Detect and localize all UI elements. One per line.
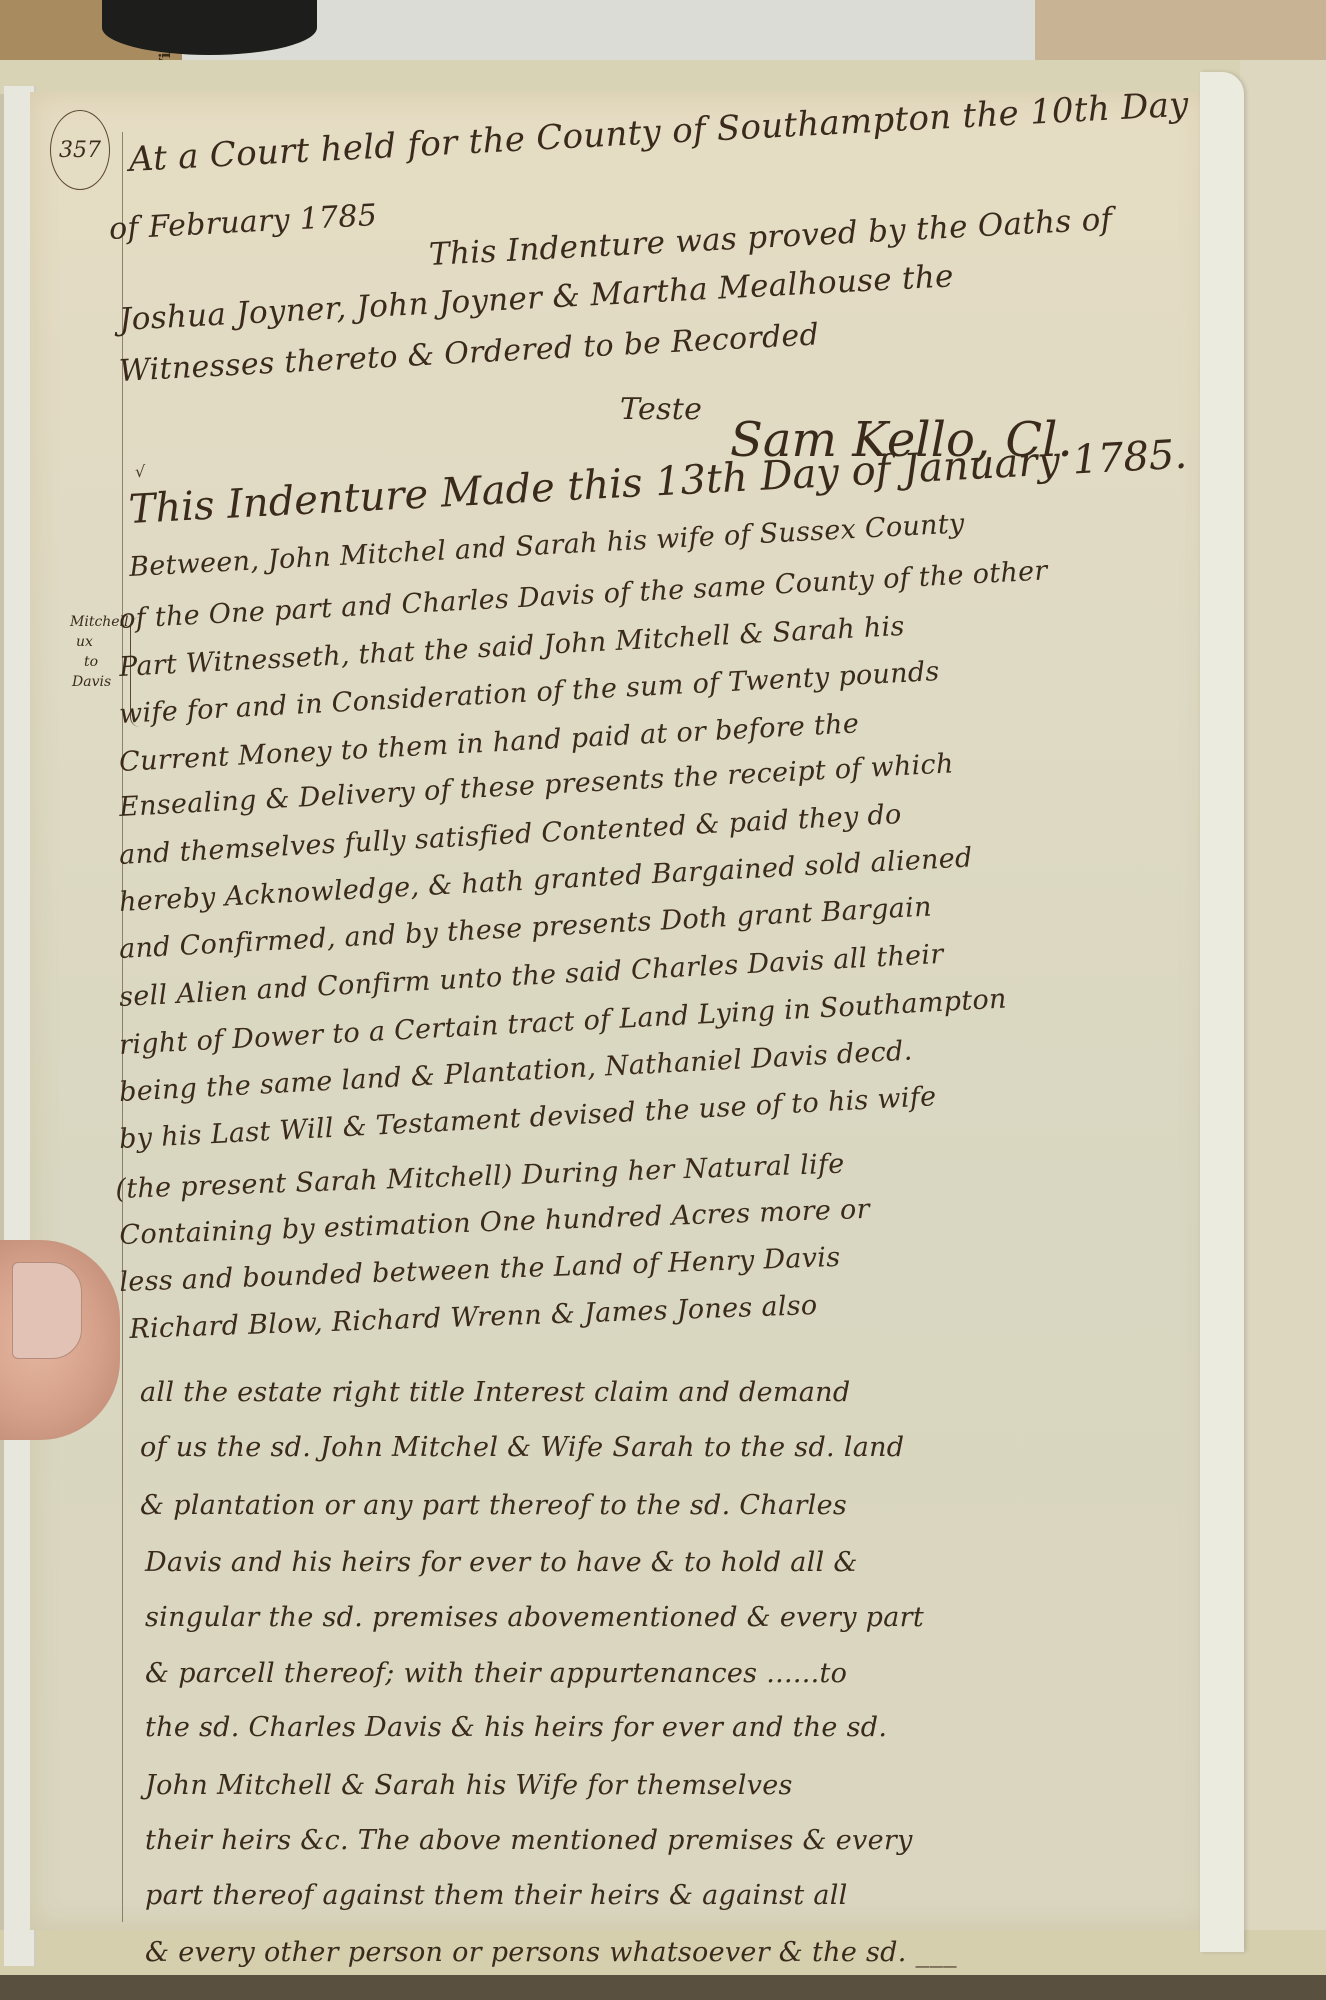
- text-line: Richard Blow, Richard Wrenn & James Jone…: [129, 1290, 818, 1345]
- text-line: (the present Sarah Mitchell) During her …: [115, 1149, 845, 1205]
- backdrop-bottom: [0, 1975, 1326, 2000]
- text-line: the sd. Charles Davis & his heirs for ev…: [145, 1712, 887, 1743]
- text-line: singular the sd. premises abovementioned…: [145, 1602, 924, 1633]
- text-line: of us the sd. John Mitchel & Wife Sarah …: [140, 1432, 904, 1463]
- page-number-circle: 357: [50, 110, 110, 190]
- text-line: their heirs &c. The above mentioned prem…: [145, 1825, 913, 1856]
- text-line: At a Court held for the County of Southa…: [128, 85, 1190, 180]
- text-line: This Indenture was proved by the Oaths o…: [428, 201, 1113, 273]
- text-line: Teste: [620, 392, 702, 427]
- page-sleeve-right: [1200, 72, 1244, 1952]
- text-line: part thereof against them their heirs & …: [145, 1880, 848, 1911]
- indenture-heading: This Indenture Made this 13th Day of Jan…: [128, 432, 1189, 533]
- thumbnail: [12, 1262, 82, 1359]
- page-number: 357: [59, 138, 101, 163]
- margin-rule: [122, 132, 123, 1922]
- text-line: Joshua Joyner, John Joyner & Martha Meal…: [118, 258, 954, 338]
- text-line: Davis and his heirs for ever to have & t…: [145, 1547, 858, 1578]
- text-line: Containing by estimation One hundred Acr…: [119, 1194, 870, 1251]
- book-cloth-right: [1240, 60, 1326, 2000]
- text-line: all the estate right title Interest clai…: [140, 1377, 850, 1408]
- text-line: less and bounded between the Land of Hen…: [119, 1242, 841, 1298]
- text-line: of February 1785: [108, 198, 378, 247]
- text-line: & plantation or any part thereof to the …: [140, 1490, 847, 1521]
- text-line: & parcell thereof; with their appurtenan…: [145, 1658, 847, 1689]
- manuscript-page: 357 Mitchell ux to Davis √ At a Court he…: [30, 92, 1208, 1930]
- check-mark-icon: √: [135, 462, 145, 481]
- text-line: & every other person or persons whatsoev…: [145, 1937, 957, 1968]
- text-line: John Mitchell & Sarah his Wife for thems…: [145, 1770, 793, 1801]
- book-weight: [102, 0, 317, 55]
